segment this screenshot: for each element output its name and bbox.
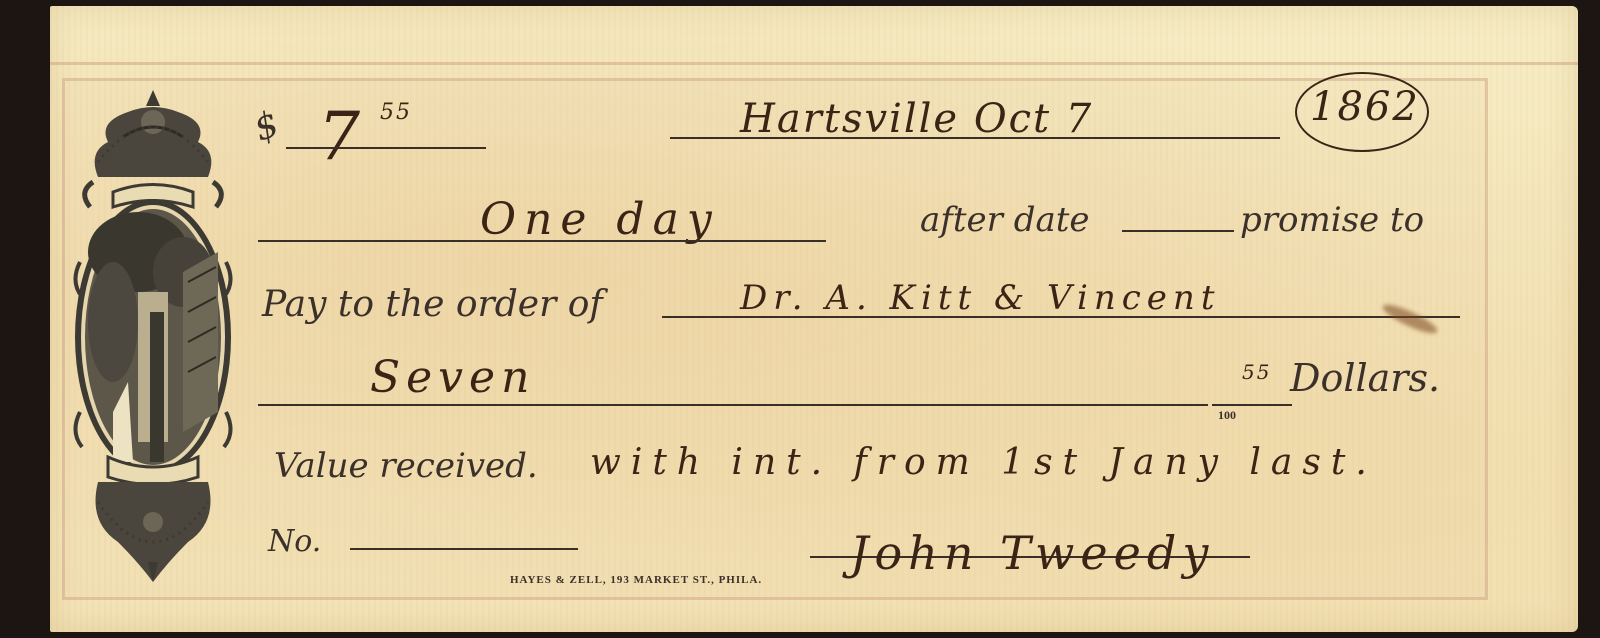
amount-cents: 55 bbox=[380, 100, 412, 125]
promisor-blank-rule bbox=[1122, 230, 1234, 232]
promise-to-label: promise to bbox=[1240, 200, 1424, 240]
number-rule bbox=[350, 548, 578, 550]
dollars-label: Dollars. bbox=[1290, 356, 1440, 400]
term: One day bbox=[480, 194, 720, 245]
date-rule bbox=[670, 137, 1280, 139]
value-received-label: Value received. bbox=[274, 446, 538, 486]
note-frame bbox=[62, 78, 1488, 600]
term-rule bbox=[258, 240, 826, 242]
amount-words-rule bbox=[258, 404, 1208, 406]
scan-background: $ 7 55 Hartsville Oct 7 1862 One day aft… bbox=[0, 0, 1600, 638]
amount-rule bbox=[286, 147, 486, 149]
payee: Dr. A. Kitt & Vincent bbox=[740, 278, 1221, 318]
engraved-vignette-icon bbox=[68, 82, 238, 588]
cents-fraction: 55 bbox=[1242, 360, 1271, 384]
year: 1862 bbox=[1310, 84, 1420, 130]
top-border-rule bbox=[50, 62, 1578, 65]
after-date-label: after date bbox=[920, 200, 1090, 240]
interest-clause: with int. from 1st Jany last. bbox=[590, 442, 1377, 483]
amount-words: Seven bbox=[370, 352, 535, 403]
cents-rule bbox=[1212, 404, 1292, 406]
promissory-note: $ 7 55 Hartsville Oct 7 1862 One day aft… bbox=[50, 6, 1578, 632]
pay-to-order-label: Pay to the order of bbox=[262, 284, 603, 325]
cents-denominator: 100 bbox=[1218, 408, 1236, 423]
printer-imprint: HAYES & ZELL, 193 MARKET ST., PHILA. bbox=[510, 574, 762, 586]
torn-edge bbox=[44, 46, 56, 632]
number-label: No. bbox=[268, 524, 321, 559]
amount-dollars: 7 bbox=[318, 98, 362, 175]
place-and-date: Hartsville Oct 7 bbox=[740, 96, 1093, 142]
signature: John Tweedy bbox=[850, 526, 1214, 580]
